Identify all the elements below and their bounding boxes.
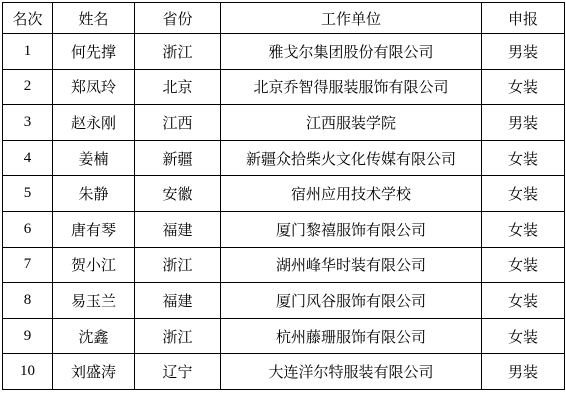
cell-province: 福建	[135, 211, 221, 247]
cell-province: 安徽	[135, 176, 221, 212]
table-row: 8 易玉兰 福建 厦门风谷服饰有限公司 女装	[3, 283, 565, 319]
cell-rank: 7	[3, 247, 53, 283]
cell-name: 姜楠	[53, 140, 135, 176]
cell-name: 郑凤玲	[53, 69, 135, 105]
table-row: 6 唐有琴 福建 厦门黎禧服饰有限公司 女装	[3, 211, 565, 247]
cell-province: 辽宁	[135, 354, 221, 390]
cell-work-unit: 厦门风谷服饰有限公司	[221, 283, 482, 319]
cell-work-unit: 宿州应用技术学校	[221, 176, 482, 212]
cell-work-unit: 江西服装学院	[221, 105, 482, 141]
column-header-category: 申报	[482, 3, 565, 34]
cell-category: 男装	[482, 354, 565, 390]
cell-category: 女装	[482, 176, 565, 212]
cell-name: 赵永刚	[53, 105, 135, 141]
cell-rank: 5	[3, 176, 53, 212]
cell-province: 浙江	[135, 247, 221, 283]
cell-rank: 2	[3, 69, 53, 105]
cell-category: 女装	[482, 69, 565, 105]
ranking-table: 名次 姓名 省份 工作单位 申报 1 何先撑 浙江 雅戈尔集团股份有限公司 男装…	[2, 2, 565, 390]
table-row: 4 姜楠 新疆 新疆众拾柴火文化传媒有限公司 女装	[3, 140, 565, 176]
cell-work-unit: 北京乔智得服装服饰有限公司	[221, 69, 482, 105]
cell-province: 新疆	[135, 140, 221, 176]
cell-work-unit: 杭州藤珊服饰有限公司	[221, 318, 482, 354]
cell-work-unit: 大连洋尔特服装有限公司	[221, 354, 482, 390]
cell-province: 北京	[135, 69, 221, 105]
cell-category: 女装	[482, 247, 565, 283]
cell-province: 福建	[135, 283, 221, 319]
cell-category: 女装	[482, 211, 565, 247]
page: 名次 姓名 省份 工作单位 申报 1 何先撑 浙江 雅戈尔集团股份有限公司 男装…	[0, 0, 566, 399]
cell-name: 何先撑	[53, 34, 135, 70]
column-header-work-unit: 工作单位	[221, 3, 482, 34]
cell-rank: 4	[3, 140, 53, 176]
table-row: 10 刘盛涛 辽宁 大连洋尔特服装有限公司 男装	[3, 354, 565, 390]
cell-rank: 10	[3, 354, 53, 390]
column-header-name: 姓名	[53, 3, 135, 34]
table-row: 2 郑凤玲 北京 北京乔智得服装服饰有限公司 女装	[3, 69, 565, 105]
cell-name: 唐有琴	[53, 211, 135, 247]
cell-rank: 1	[3, 34, 53, 70]
cell-rank: 8	[3, 283, 53, 319]
cell-name: 朱静	[53, 176, 135, 212]
table-row: 9 沈鑫 浙江 杭州藤珊服饰有限公司 女装	[3, 318, 565, 354]
cell-rank: 9	[3, 318, 53, 354]
cell-province: 浙江	[135, 34, 221, 70]
column-header-rank: 名次	[3, 3, 53, 34]
cell-rank: 3	[3, 105, 53, 141]
cell-name: 刘盛涛	[53, 354, 135, 390]
cell-work-unit: 雅戈尔集团股份有限公司	[221, 34, 482, 70]
cell-name: 易玉兰	[53, 283, 135, 319]
cell-province: 江西	[135, 105, 221, 141]
table-row: 7 贺小江 浙江 湖州峰华时装有限公司 女装	[3, 247, 565, 283]
table-row: 1 何先撑 浙江 雅戈尔集团股份有限公司 男装	[3, 34, 565, 70]
cell-category: 女装	[482, 140, 565, 176]
cell-name: 贺小江	[53, 247, 135, 283]
cell-category: 女装	[482, 283, 565, 319]
cell-work-unit: 湖州峰华时装有限公司	[221, 247, 482, 283]
cell-province: 浙江	[135, 318, 221, 354]
table-row: 3 赵永刚 江西 江西服装学院 男装	[3, 105, 565, 141]
column-header-province: 省份	[135, 3, 221, 34]
cell-rank: 6	[3, 211, 53, 247]
cell-work-unit: 新疆众拾柴火文化传媒有限公司	[221, 140, 482, 176]
cell-category: 男装	[482, 105, 565, 141]
table-header-row: 名次 姓名 省份 工作单位 申报	[3, 3, 565, 34]
cell-name: 沈鑫	[53, 318, 135, 354]
cell-work-unit: 厦门黎禧服饰有限公司	[221, 211, 482, 247]
table-row: 5 朱静 安徽 宿州应用技术学校 女装	[3, 176, 565, 212]
cell-category: 女装	[482, 318, 565, 354]
cell-category: 男装	[482, 34, 565, 70]
